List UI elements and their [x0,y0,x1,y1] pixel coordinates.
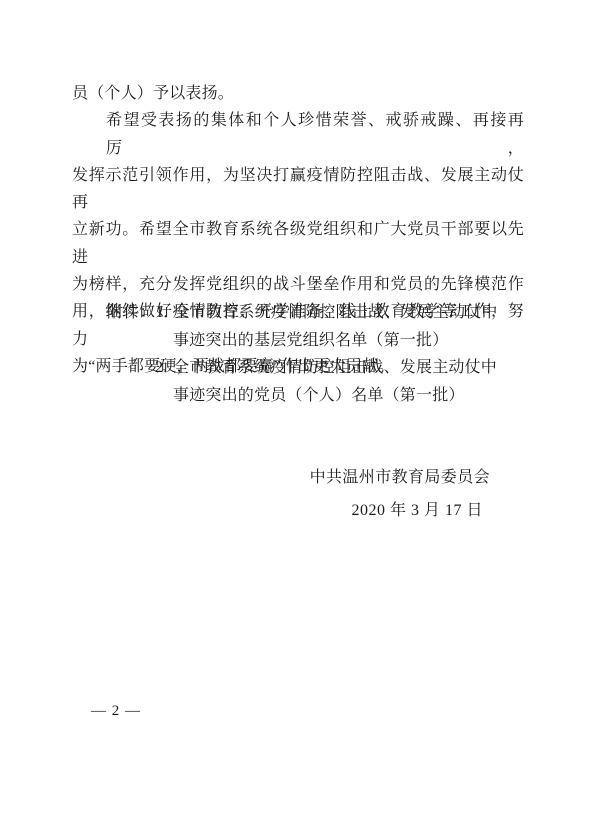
attachment-item-1-title-line-1: 全市教育系统疫情防控阻击战、发展主动仗中 [174,304,498,321]
body-line-continuation: 员（个人）予以表扬。 [72,80,524,107]
attachments-section: 附件：1.全市教育系统疫情防控阻击战、发展主动仗中 事迹突出的基层党组织名单（第… [107,299,498,409]
body-line: 为榜样，充分发挥党组织的战斗堡垒作用和党员的先锋模范作 [72,271,524,298]
body-line: 立新功。希望全市教育系统各级党组织和广大党员干部要以先进 [72,216,524,271]
body-line: 希望受表扬的集体和个人珍惜荣誉、戒骄戒躁、再接再厉， [72,107,524,162]
attachment-item-2-title-line-2: 事迹突出的党员（个人）名单（第一批） [173,382,498,410]
attachment-item-2-number: 2. [155,354,173,382]
attachment-item-1-number: 1. [156,299,174,327]
document-page: 员（个人）予以表扬。 希望受表扬的集体和个人珍惜荣誉、戒骄戒躁、再接再厉， 发挥… [0,0,595,813]
attachment-item-2-row-1: 2.全市教育系统疫情防控阻击战、发展主动仗中 [155,354,498,382]
attachments-label: 附件： [107,304,156,321]
page-number: — 2 — [91,702,141,720]
body-line: 发挥示范引领作用，为坚决打赢疫情防控阻击战、发展主动仗再 [72,162,524,217]
attachment-item-1-row-1: 附件：1.全市教育系统疫情防控阻击战、发展主动仗中 [107,299,498,327]
attachment-item-2-title-line-1: 全市教育系统疫情防控阻击战、发展主动仗中 [173,359,497,376]
attachment-item-1-title-line-2: 事迹突出的基层党组织名单（第一批） [173,327,498,355]
signature-date: 2020 年 3 月 17 日 [351,499,483,523]
signature-organization: 中共温州市教育局委员会 [310,466,490,490]
